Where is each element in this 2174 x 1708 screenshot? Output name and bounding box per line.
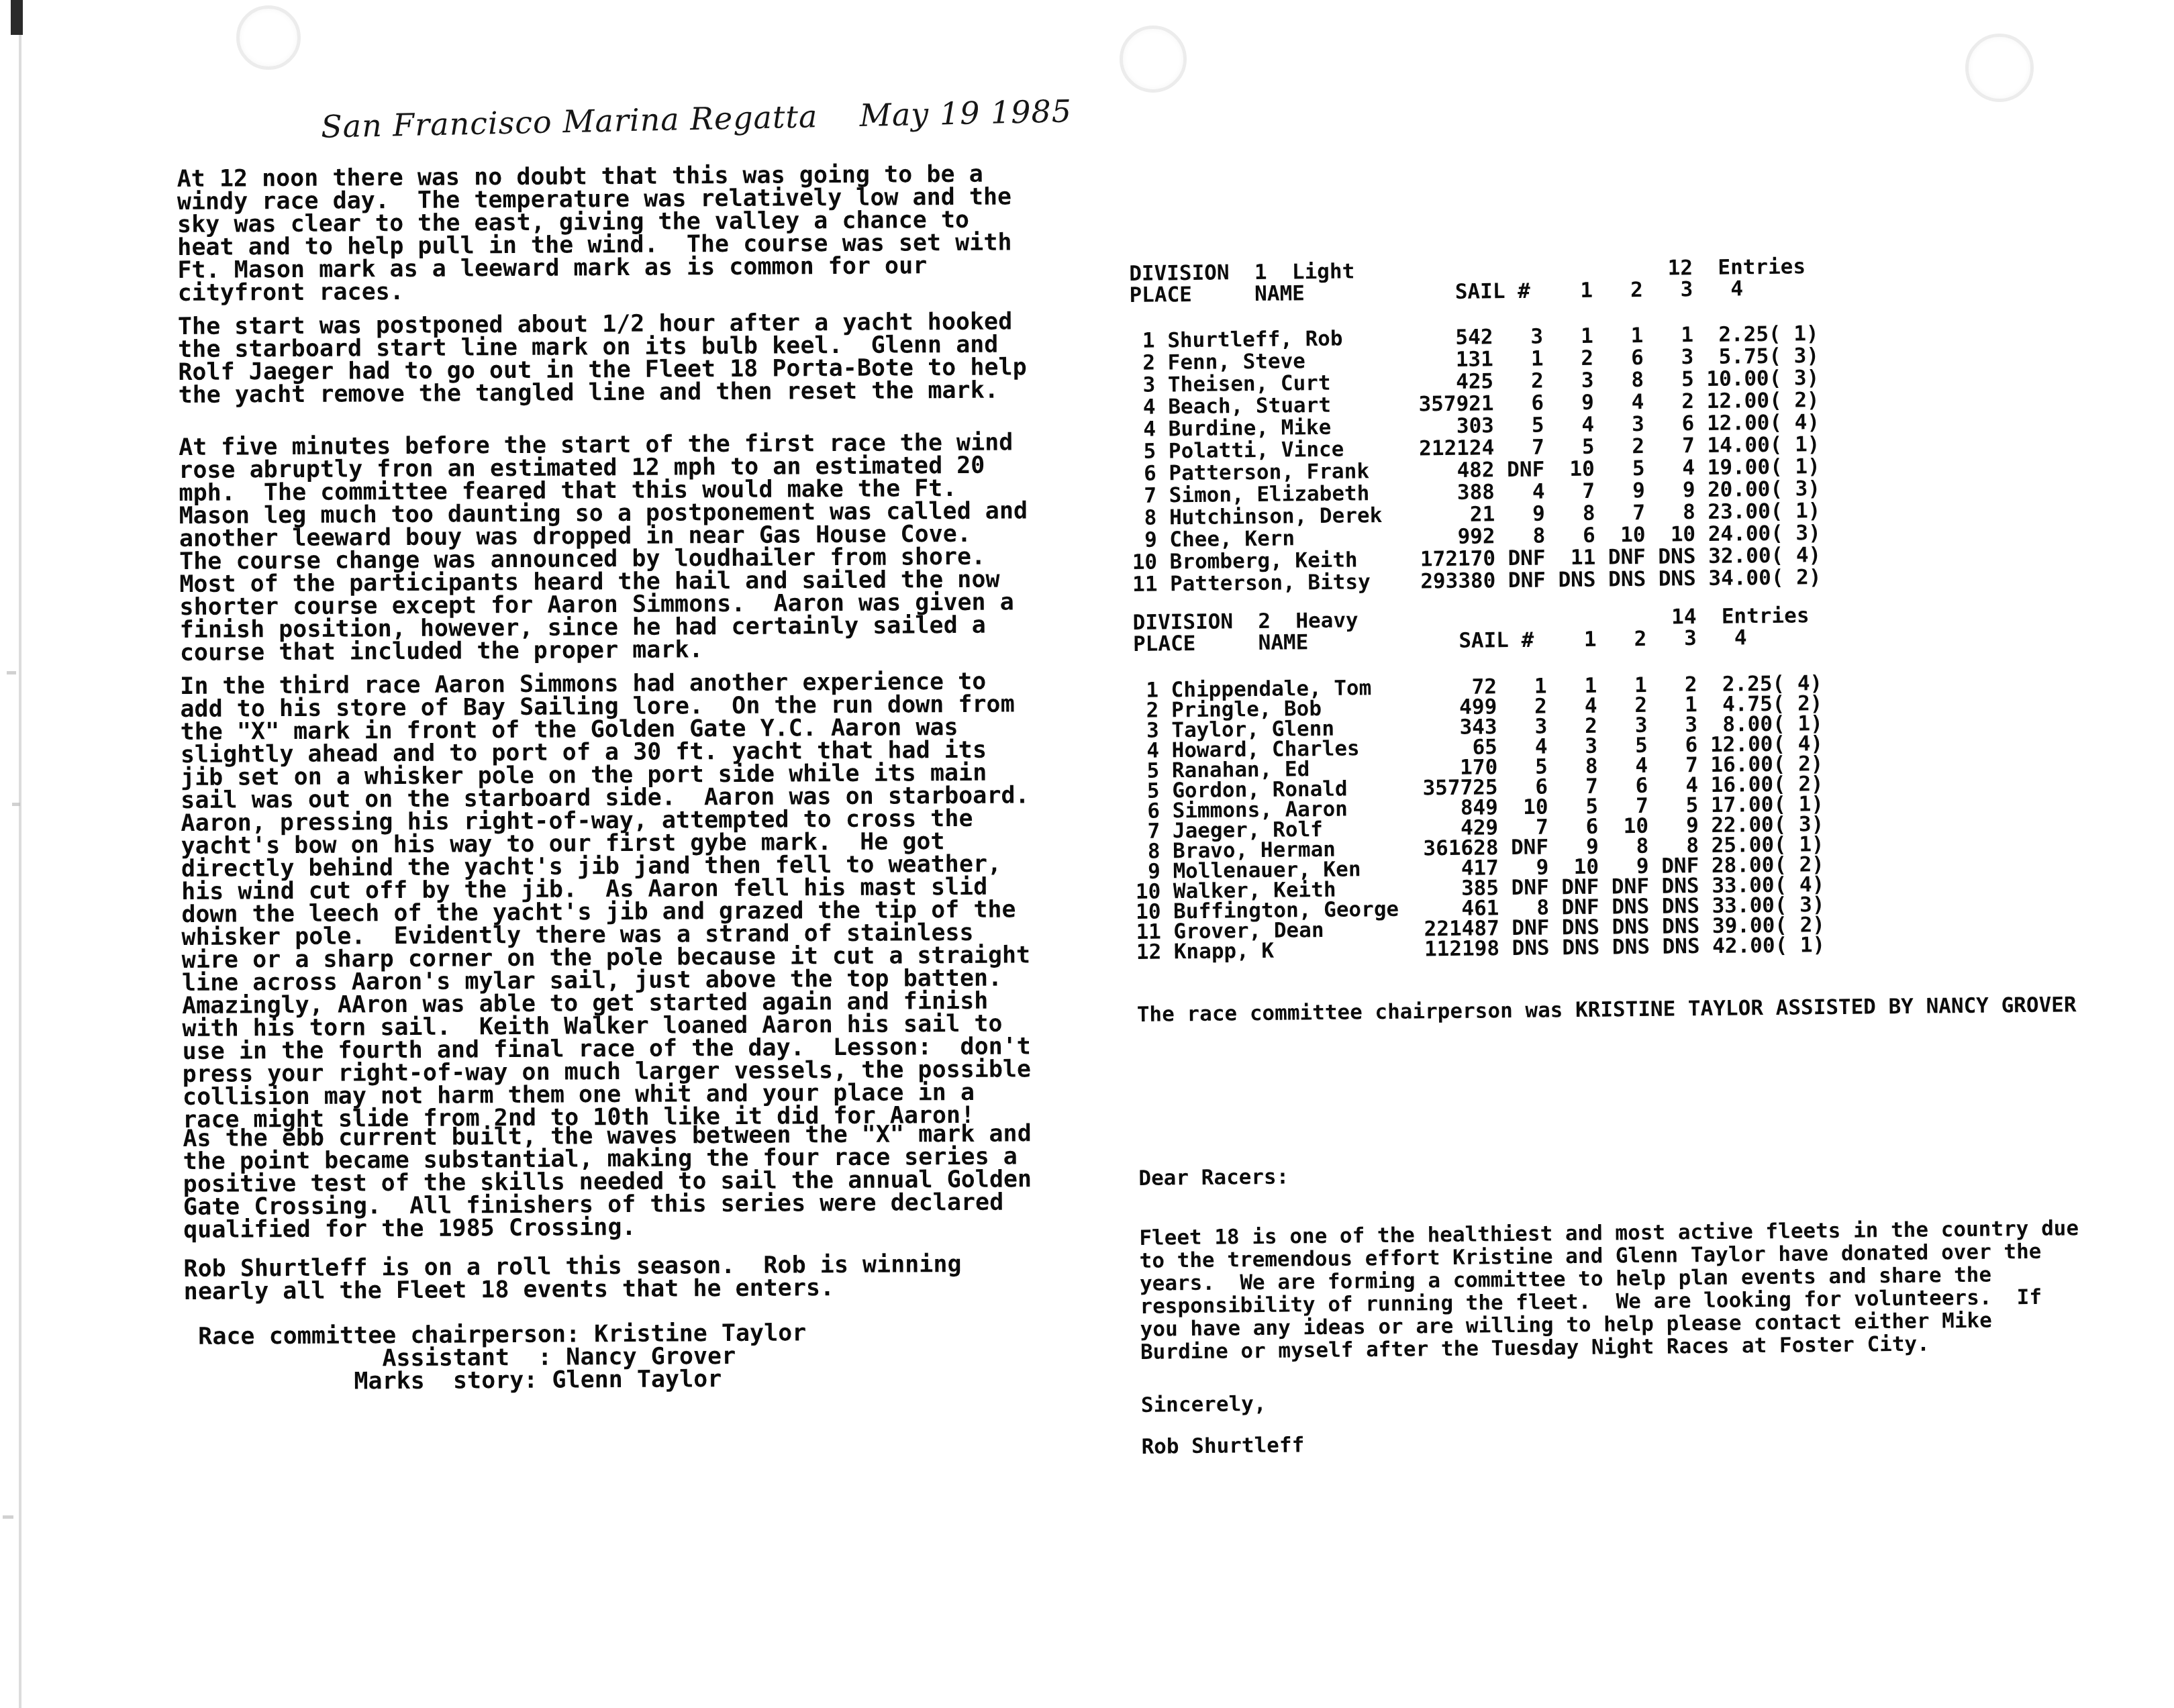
division2-column-headers: PLACE NAME SAIL # 1 2 3 4 — [1133, 627, 1747, 656]
cell-race-1: DNF — [1494, 459, 1544, 482]
cell-race-4: 10 — [1645, 523, 1695, 546]
cell-race-3: 4 — [1594, 391, 1644, 414]
cell-name: Polatti, Vince — [1169, 438, 1420, 462]
scan-speck — [3, 1515, 13, 1519]
cell-sail-number: 357921 — [1418, 393, 1493, 415]
article-paragraph-4: In the third race Aaron Simmons had anot… — [180, 670, 1031, 1132]
cell-race-2: 6 — [1545, 525, 1595, 548]
cell-place: 4 — [1131, 419, 1156, 441]
cell-race-1: 4 — [1495, 481, 1545, 504]
cell-place: 6 — [1131, 463, 1156, 485]
cell-sail-number: 21 — [1420, 503, 1495, 526]
cell-name: Bromberg, Keith — [1170, 548, 1421, 573]
text-line: nearly all the Fleet 18 events that he e… — [184, 1276, 962, 1303]
cell-race-1: 3 — [1493, 326, 1543, 349]
table-row: 11Patterson, Bitsy293380DNFDNSDNSDNS34.0… — [1132, 566, 1822, 596]
letter-body: Fleet 18 is one of the healthiest and mo… — [1139, 1217, 2080, 1364]
letter-signature: Rob Shurtleff — [1141, 1434, 1304, 1458]
cell-place: 7 — [1135, 821, 1160, 842]
cell-place: 8 — [1132, 507, 1157, 530]
cell-sail-number: 542 — [1418, 326, 1493, 349]
cell-sail-number: 425 — [1418, 370, 1493, 393]
cell-race-4: DNS — [1646, 546, 1696, 568]
cell-place: 12 — [1136, 942, 1162, 962]
cell-race-3: 10 — [1595, 524, 1646, 547]
cell-place: 5 — [1134, 761, 1160, 781]
cell-name: Patterson, Frank — [1169, 460, 1420, 485]
article-paragraph-3: At five minutes before the start of the … — [179, 431, 1028, 664]
cell-race-1: DNS — [1499, 938, 1550, 958]
cell-race-4: 9 — [1645, 479, 1695, 502]
division1-column-headers: PLACE NAME SAIL # 1 2 3 4 — [1129, 278, 1743, 307]
text-line: Ft. Mason mark as a leeward mark as is c… — [177, 254, 1011, 282]
text-line: course that included the proper mark. — [180, 636, 1028, 664]
article-paragraph-6: Rob Shurtleff is on a roll this season. … — [183, 1253, 961, 1303]
article-paragraph-2: The start was postponed about 1/2 hour a… — [178, 310, 1027, 407]
cell-sail-number: 172170 — [1420, 548, 1495, 570]
cell-race-3: 5 — [1595, 458, 1645, 481]
cell-place: 1 — [1134, 681, 1159, 701]
scan-edge-mark — [11, 0, 23, 35]
cell-place: 3 — [1130, 374, 1156, 397]
cell-name: Burdine, Mike — [1169, 415, 1420, 440]
cell-place: 10 — [1136, 882, 1161, 902]
cell-place: 4 — [1130, 397, 1156, 419]
cell-race-4: DNS — [1650, 936, 1700, 957]
cell-place: 5 — [1131, 441, 1156, 463]
cell-race-1: 1 — [1493, 348, 1544, 371]
cell-place: 4 — [1134, 741, 1160, 761]
cell-race-4: 3 — [1644, 346, 1694, 369]
cell-name: Hutchinson, Derek — [1169, 504, 1420, 529]
cell-name: Beach, Stuart — [1168, 393, 1419, 418]
cell-race-1: 9 — [1495, 503, 1545, 526]
cell-race-1: 5 — [1494, 415, 1544, 438]
cell-race-2: 5 — [1544, 436, 1595, 459]
cell-place: 7 — [1132, 485, 1157, 507]
cell-race-1: 6 — [1493, 393, 1544, 415]
committee-note: The race committee chairperson was KRIST… — [1137, 994, 2077, 1026]
cell-score: 12.00( 4) — [1694, 411, 1820, 435]
article-paragraph-1: At 12 noon there was no doubt that this … — [177, 162, 1012, 305]
cell-name: Shurtleff, Rob — [1167, 327, 1418, 352]
cell-race-3: 3 — [1594, 413, 1644, 436]
cell-name: Patterson, Bitsy — [1170, 570, 1421, 595]
cell-race-2: 11 — [1545, 547, 1595, 570]
cell-score: 14.00( 1) — [1695, 434, 1820, 457]
credits-block: Race committee chairperson: Kristine Tay… — [184, 1321, 807, 1394]
cell-place: 6 — [1135, 801, 1160, 821]
cell-race-3: 1 — [1593, 325, 1644, 348]
cell-place: 11 — [1132, 574, 1158, 596]
cell-sail-number: 388 — [1420, 481, 1495, 504]
cell-race-2: 7 — [1544, 481, 1595, 503]
letter-salutation: Dear Racers: — [1138, 1166, 1289, 1190]
cell-name: Simon, Elizabeth — [1169, 482, 1420, 507]
cell-place: 3 — [1134, 721, 1159, 741]
credit-line: Marks story: Glenn Taylor — [184, 1367, 806, 1394]
cell-race-3: 7 — [1595, 502, 1645, 525]
cell-place: 10 — [1132, 552, 1158, 574]
cell-sail-number: 131 — [1418, 348, 1493, 371]
cell-score: 5.75( 3) — [1693, 345, 1819, 368]
cell-race-1: DNF — [1495, 548, 1546, 570]
cell-sail-number: 293380 — [1420, 570, 1495, 593]
results-column: DIVISION 1 Light 12 Entries PLACE NAME S… — [1126, 0, 2174, 1708]
cell-place: 9 — [1135, 862, 1160, 882]
cell-race-3: DNS — [1595, 568, 1646, 591]
cell-score: 2.25( 1) — [1693, 323, 1819, 346]
cell-sail-number: 212124 — [1419, 437, 1494, 460]
cell-race-3: DNS — [1599, 937, 1650, 958]
division2-results-table: 1Chippendale, Tom7211122.25( 4)2Pringle,… — [1134, 673, 1826, 962]
cell-score: 23.00( 1) — [1695, 500, 1821, 523]
text-line: the yacht remove the tangled line and th… — [178, 379, 1026, 407]
cell-score: 42.00( 1) — [1699, 935, 1825, 956]
cell-race-2: 10 — [1544, 458, 1595, 481]
cell-race-4: 7 — [1644, 435, 1695, 458]
table-row: 12Knapp, K112198DNSDNSDNSDNS42.00( 1) — [1136, 935, 1826, 962]
scanned-newsletter-page: San Francisco Marina Regatta May 19 1985… — [0, 0, 2174, 1708]
cell-place: 9 — [1132, 530, 1157, 552]
cell-place: 2 — [1134, 701, 1159, 721]
cell-race-3: DNF — [1595, 546, 1646, 569]
cell-score: 20.00( 3) — [1695, 478, 1820, 501]
cell-place: 2 — [1130, 352, 1155, 374]
cell-race-2: DNS — [1546, 569, 1596, 592]
cell-place: 1 — [1130, 330, 1155, 352]
scan-speck — [12, 803, 20, 806]
cell-place: 8 — [1135, 842, 1160, 862]
cell-sail-number: 482 — [1419, 459, 1494, 482]
scan-edge-line — [19, 0, 21, 1708]
cell-race-2: 4 — [1544, 414, 1594, 437]
cell-race-4: DNS — [1646, 568, 1696, 591]
cell-race-2: DNS — [1550, 938, 1600, 958]
cell-race-2: 8 — [1545, 503, 1595, 525]
cell-race-3: 8 — [1593, 369, 1644, 392]
text-line: qualified for the 1985 Crossing. — [183, 1213, 1032, 1242]
cell-race-2: 9 — [1544, 392, 1594, 415]
cell-race-4: 5 — [1644, 368, 1694, 391]
cell-name: Grover, Dean — [1173, 919, 1424, 942]
cell-name: Theisen, Curt — [1168, 371, 1419, 396]
cell-score: 24.00( 3) — [1695, 522, 1821, 546]
cell-score: 12.00( 2) — [1694, 389, 1820, 413]
cell-name: Chee, Kern — [1169, 526, 1420, 551]
cell-race-4: 6 — [1644, 413, 1695, 436]
cell-sail-number: 112198 — [1424, 938, 1499, 959]
cell-race-1: 8 — [1495, 525, 1545, 548]
cell-score: 34.00( 2) — [1696, 566, 1822, 590]
cell-name: Knapp, K — [1174, 939, 1425, 962]
article-column: At 12 noon there was no doubt that this … — [176, 0, 1073, 1708]
cell-place: 10 — [1136, 902, 1161, 922]
cell-race-2: 2 — [1543, 348, 1593, 370]
cell-race-4: 1 — [1643, 324, 1693, 347]
cell-race-1: DNF — [1495, 570, 1546, 593]
cell-race-3: 6 — [1593, 347, 1644, 370]
cell-race-3: 9 — [1595, 480, 1645, 503]
cell-race-2: 3 — [1544, 370, 1594, 393]
cell-name: Fenn, Steve — [1167, 349, 1418, 374]
cell-race-1: 7 — [1494, 437, 1544, 460]
article-paragraph-5: As the ebb current built, the waves betw… — [183, 1122, 1032, 1242]
cell-score: 10.00( 3) — [1694, 367, 1820, 391]
cell-race-2: 1 — [1543, 325, 1593, 348]
cell-score: 19.00( 1) — [1695, 456, 1820, 479]
cell-place: 11 — [1136, 922, 1161, 942]
scan-speck — [7, 671, 16, 674]
cell-sail-number: 992 — [1420, 525, 1495, 548]
cell-score: 32.00( 4) — [1695, 544, 1821, 568]
cell-place: 5 — [1134, 781, 1160, 801]
cell-race-4: 8 — [1645, 501, 1695, 524]
cell-race-4: 4 — [1644, 457, 1695, 480]
division1-results-table: 1Shurtleff, Rob54231112.25( 1)2Fenn, Ste… — [1130, 323, 1821, 596]
cell-race-3: 2 — [1594, 436, 1644, 458]
cell-sail-number: 303 — [1419, 415, 1494, 438]
cell-race-4: 2 — [1644, 391, 1694, 413]
letter-closing: Sincerely, — [1141, 1393, 1267, 1417]
cell-race-1: 2 — [1493, 370, 1544, 393]
